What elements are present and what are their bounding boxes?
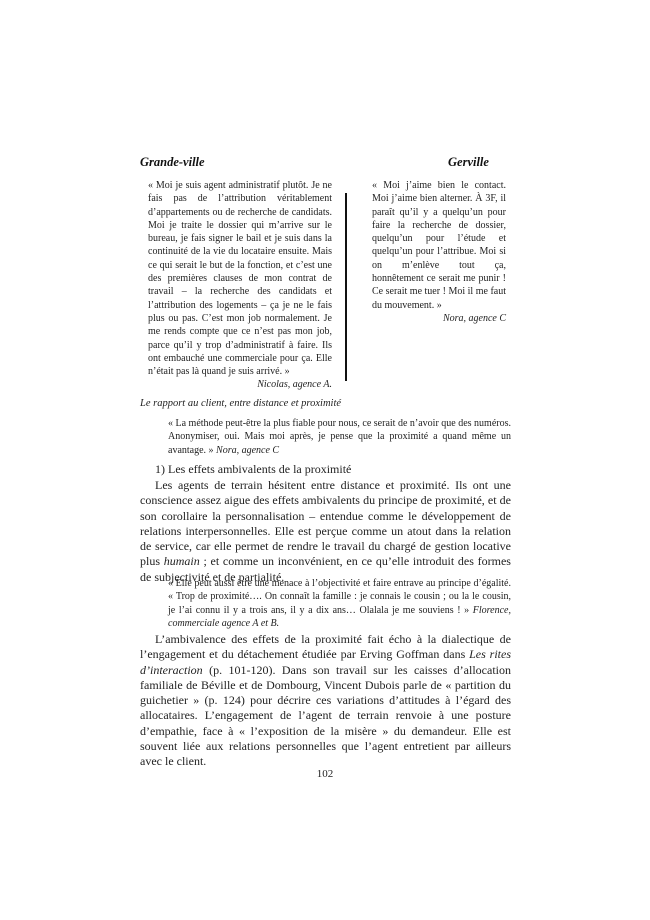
- column-heading-gerville: Gerville: [448, 155, 489, 170]
- column-heading-grande-ville: Grande-ville: [140, 155, 205, 170]
- page-number: 102: [0, 768, 650, 780]
- column-divider: [345, 193, 347, 381]
- block-quote: « La méthode peut-être la plus fiable po…: [168, 417, 511, 457]
- quote-attribution: Nicolas, agence A.: [148, 378, 332, 391]
- document-page: Grande-ville Gerville « Moi je suis agen…: [0, 0, 650, 920]
- quote-text: « Moi je suis agent administratif plutôt…: [148, 180, 332, 377]
- section-title: Le rapport au client, entre distance et …: [140, 398, 341, 409]
- quote-text: « Elle peut aussi être une menace à l’ob…: [168, 578, 511, 616]
- block-quote: « Elle peut aussi être une menace à l’ob…: [168, 577, 511, 630]
- emphasis-text: humain: [164, 554, 200, 568]
- subheading: 1) Les effets ambivalents de la proximit…: [155, 462, 351, 477]
- right-column-quote: « Moi j’aime bien le contact. Moi j’aime…: [372, 179, 506, 325]
- quote-attribution: Nora, agence C: [372, 312, 506, 325]
- paragraph-text: L’ambivalence des effets de la proximité…: [140, 632, 511, 661]
- quote-attribution: Nora, agence C: [216, 445, 279, 456]
- body-paragraph: Les agents de terrain hésitent entre dis…: [140, 478, 511, 585]
- quote-text: « Moi j’aime bien le contact. Moi j’aime…: [372, 180, 506, 311]
- left-column-quote: « Moi je suis agent administratif plutôt…: [148, 179, 332, 392]
- body-paragraph: L’ambivalence des effets de la proximité…: [140, 632, 511, 770]
- paragraph-text: (p. 101-120). Dans son travail sur les c…: [140, 663, 511, 769]
